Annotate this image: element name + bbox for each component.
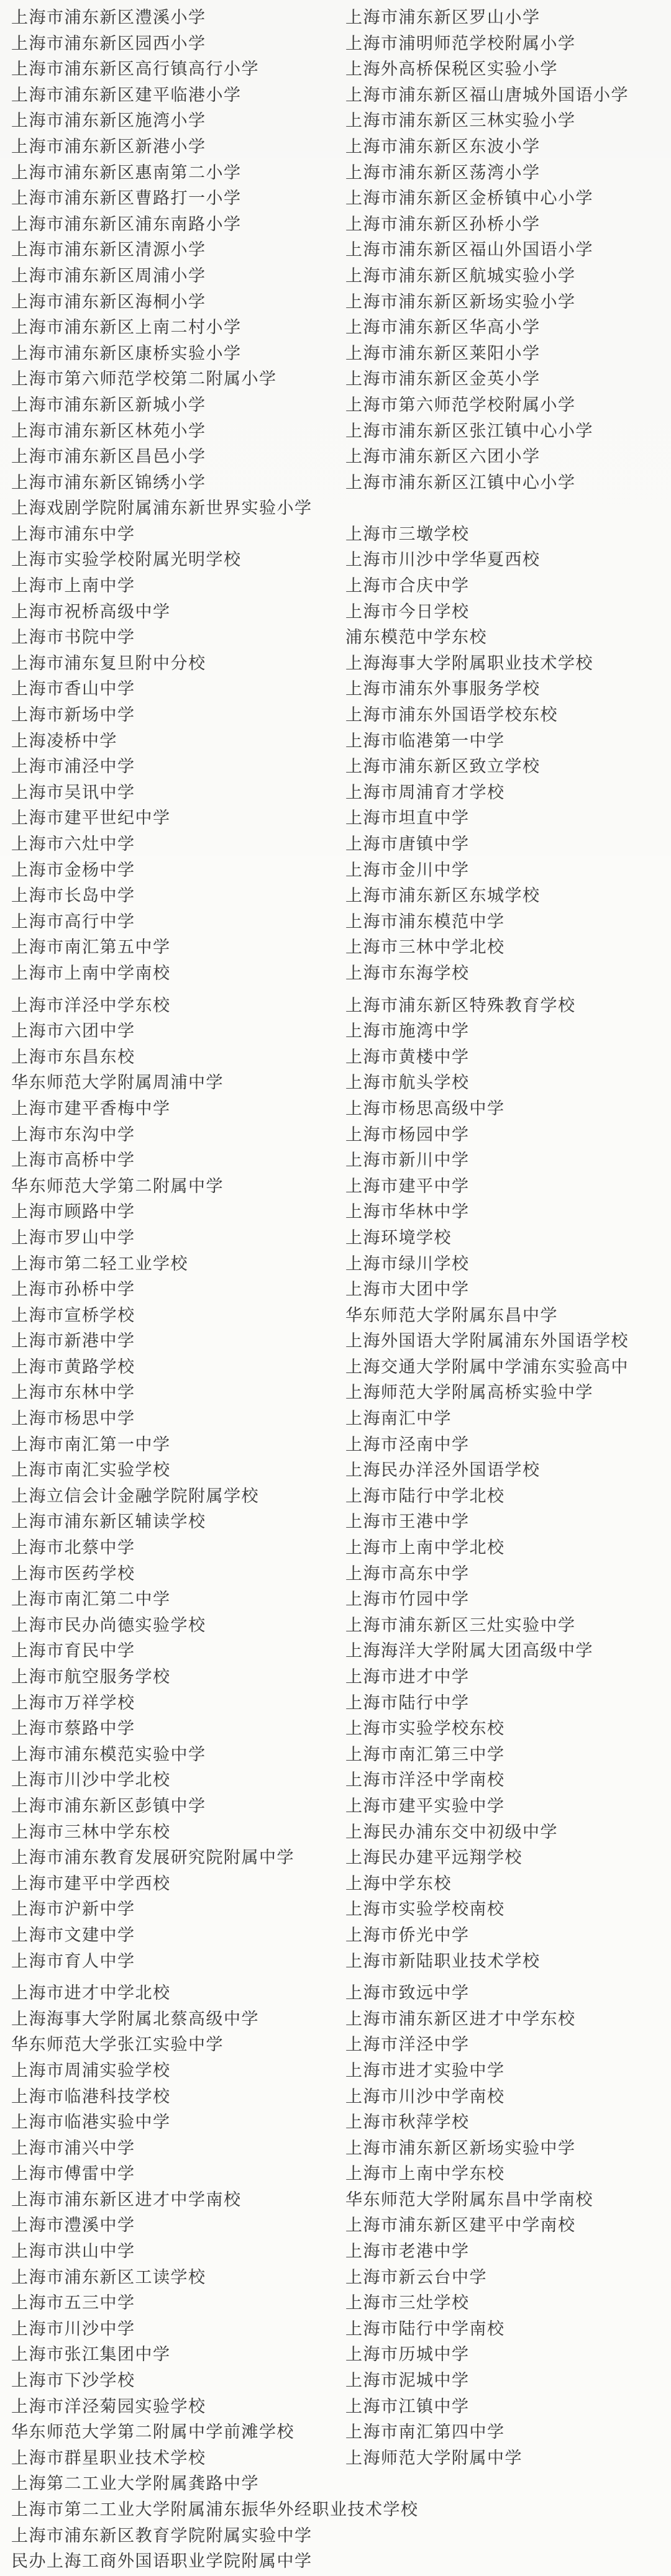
school-name: 上海市东海学校 [345, 961, 671, 987]
school-name: 上海市浦东外国语学校东校 [345, 702, 671, 728]
school-name: 上海师范大学附属高桥实验中学 [345, 1380, 671, 1406]
school-name: 上海市浦东新区孙桥小学 [345, 212, 671, 238]
school-name: 上海市香山中学 [11, 676, 340, 702]
school-name: 上海市长岛中学 [11, 883, 340, 909]
school-name: 上海市唐镇中学 [345, 832, 671, 858]
school-name: 上海市浦东新区工读学校 [11, 2265, 340, 2291]
school-name: 上海第二工业大学附属龚路中学 [11, 2471, 340, 2497]
school-name: 上海市浦东新区施湾小学 [11, 108, 340, 134]
school-name: 上海市浦东新区清源小学 [11, 237, 340, 263]
school-name: 上海市东沟中学 [11, 1122, 340, 1148]
school-name: 上海市沪新中学 [11, 1897, 340, 1923]
school-name: 上海市今日学校 [345, 599, 671, 625]
school-name: 上海市蔡路中学 [11, 1716, 340, 1742]
school-name: 上海市南汇第五中学 [11, 935, 340, 961]
school-name: 上海市浦东新区林苑小学 [11, 419, 340, 445]
school-name: 上海市高东中学 [345, 1561, 671, 1587]
school-name: 上海市南汇第三中学 [345, 1742, 671, 1768]
school-name: 上海市进才中学北校 [11, 1980, 340, 2007]
school-name: 上海市浦东新区荡湾小学 [345, 160, 671, 186]
school-name: 上海市建平实验中学 [345, 1794, 671, 1820]
school-name: 上海市浦东新区园西小学 [11, 31, 340, 57]
school-name: 上海市祝桥高级中学 [11, 599, 340, 625]
school-name: 上海市浦东新区建平临港小学 [11, 83, 340, 109]
school-name: 民办上海工商外国语职业学院附属中学 [11, 2549, 340, 2575]
school-name: 上海市陆行中学 [345, 1690, 671, 1717]
school-name: 上海市竹园中学 [345, 1587, 671, 1613]
school-name: 上海市浦东新区东城学校 [345, 883, 671, 909]
school-name: 上海市浦东新区罗山小学 [345, 5, 671, 31]
school-name: 上海市高行中学 [11, 909, 340, 935]
school-name: 上海南汇中学 [345, 1406, 671, 1432]
school-name: 上海市建平世纪中学 [11, 805, 340, 832]
school-name: 上海市浦东模范实验中学 [11, 1742, 340, 1768]
school-name: 上海市历城中学 [345, 2342, 671, 2368]
school-list-column-left: 上海市浦东新区澧溪小学上海市浦东新区园西小学上海市浦东新区高行镇高行小学上海市浦… [11, 5, 340, 2575]
school-name: 上海市三墩学校 [345, 522, 671, 548]
school-name: 上海市建平香梅中学 [11, 1096, 340, 1122]
school-name: 上海市新场中学 [11, 702, 340, 728]
school-name: 上海市浦东教育发展研究院附属中学 [11, 1845, 340, 1871]
school-name: 上海市高桥中学 [11, 1148, 340, 1174]
school-name: 上海市浦东新区福山外国语小学 [345, 237, 671, 263]
school-name: 上海市浦明师范学校附属小学 [345, 31, 671, 57]
school-name: 上海市三林中学北校 [345, 935, 671, 961]
school-name: 上海市浦东新区昌邑小学 [11, 444, 340, 470]
school-name: 上海市六灶中学 [11, 832, 340, 858]
school-name: 上海市傅雷中学 [11, 2161, 340, 2187]
school-name: 上海市杨思中学 [11, 1406, 340, 1432]
school-name: 上海市实验学校南校 [345, 1897, 671, 1923]
school-name: 上海市北蔡中学 [11, 1535, 340, 1561]
school-name: 上海市三灶学校 [345, 2290, 671, 2316]
school-name: 上海市东昌东校 [11, 1045, 340, 1071]
school-name: 上海海洋大学附属大团高级中学 [345, 1638, 671, 1664]
school-name: 上海市南汇实验学校 [11, 1458, 340, 1484]
school-name: 上海师范大学附属中学 [345, 2446, 671, 2472]
school-name: 上海市实验学校附属光明学校 [11, 547, 340, 573]
school-name: 上海市进才实验中学 [345, 2058, 671, 2084]
school-name: 上海市洋泾菊园实验学校 [11, 2394, 340, 2420]
school-name: 上海市坦直中学 [345, 805, 671, 832]
school-name: 上海市浦东新区张江镇中心小学 [345, 419, 671, 445]
school-name: 上海市绿川学校 [345, 1251, 671, 1277]
school-name: 上海市浦东新区航城实验小学 [345, 263, 671, 289]
school-name: 上海市浦东新区上南二村小学 [11, 315, 340, 341]
school-name: 上海市建平中学 [345, 1174, 671, 1200]
school-name: 上海戏剧学院附属浦东新世界实验小学 [11, 496, 340, 522]
school-name: 上海市浦兴中学 [11, 2136, 340, 2162]
school-name: 上海市浦东新区教育学院附属实验中学 [11, 2523, 340, 2549]
school-list-column-right: 上海市浦东新区罗山小学上海市浦明师范学校附属小学上海外高桥保税区实验小学上海市浦… [345, 5, 671, 2471]
school-name: 上海市浦东新区澧溪小学 [11, 5, 340, 31]
school-name: 上海市大团中学 [345, 1277, 671, 1303]
school-name: 上海市浦东新区新场实验中学 [345, 2136, 671, 2162]
school-name: 上海环境学校 [345, 1225, 671, 1251]
school-name: 上海市新陆职业技术学校 [345, 1949, 671, 1975]
school-name: 上海市浦东新区江镇中心小学 [345, 470, 671, 496]
school-name: 上海市浦东新区东波小学 [345, 134, 671, 160]
school-name: 上海民办建平远翔学校 [345, 1845, 671, 1871]
school-name: 上海市上南中学北校 [345, 1535, 671, 1561]
school-name: 上海中学东校 [345, 1871, 671, 1897]
school-name: 上海市洋泾中学南校 [345, 1767, 671, 1794]
school-name: 上海市浦东新区高行镇高行小学 [11, 57, 340, 83]
school-name: 上海市万祥学校 [11, 1690, 340, 1717]
school-name: 上海市洋泾中学 [345, 2032, 671, 2058]
school-name: 上海市南汇第四中学 [345, 2420, 671, 2446]
school-name: 上海市泥城中学 [345, 2368, 671, 2394]
school-name: 上海市三林中学东校 [11, 1820, 340, 1846]
school-name: 上海市浦东复旦附中分校 [11, 651, 340, 677]
school-name: 上海市下沙学校 [11, 2368, 340, 2394]
school-name: 上海市浦东新区进才中学东校 [345, 2007, 671, 2033]
school-name: 华东师范大学附属周浦中学 [11, 1070, 340, 1096]
school-name: 上海市东林中学 [11, 1380, 340, 1406]
school-name: 上海市新云台中学 [345, 2265, 671, 2291]
scanned-document-page: 上海市浦东新区澧溪小学上海市浦东新区园西小学上海市浦东新区高行镇高行小学上海市浦… [0, 0, 671, 2576]
school-name: 上海市侨光中学 [345, 1923, 671, 1949]
school-name: 上海市医药学校 [11, 1561, 340, 1587]
school-name: 上海市施湾中学 [345, 1018, 671, 1045]
school-name: 上海市上南中学南校 [11, 961, 340, 987]
school-name: 上海市浦东新区三灶实验中学 [345, 1613, 671, 1639]
school-name: 上海市书院中学 [11, 625, 340, 651]
school-name: 上海市实验学校东校 [345, 1716, 671, 1742]
school-name: 上海市临港实验中学 [11, 2110, 340, 2136]
school-name: 上海市浦东新区惠南第二小学 [11, 160, 340, 186]
school-name: 上海市浦东中学 [11, 522, 340, 548]
school-name: 上海市黄楼中学 [345, 1045, 671, 1071]
school-name: 上海市临港科技学校 [11, 2084, 340, 2110]
school-name: 上海市南汇第二中学 [11, 1587, 340, 1613]
school-name: 上海市浦东新区三林实验小学 [345, 108, 671, 134]
school-name: 上海海事大学附属职业技术学校 [345, 651, 671, 677]
school-name: 上海市致远中学 [345, 1980, 671, 2007]
school-name: 上海市六团中学 [11, 1018, 340, 1045]
school-name: 上海市黄路学校 [11, 1354, 340, 1381]
school-name: 上海市浦东新区特殊教育学校 [345, 993, 671, 1019]
school-name: 上海市浦东新区金桥镇中心小学 [345, 186, 671, 212]
school-name: 上海市澧溪中学 [11, 2213, 340, 2239]
school-name: 上海市华林中学 [345, 1199, 671, 1225]
school-name: 上海市陆行中学北校 [345, 1484, 671, 1510]
school-name: 上海市浦东新区彭镇中学 [11, 1794, 340, 1820]
school-name: 上海市浦东新区锦绣小学 [11, 470, 340, 496]
school-name: 上海市浦东新区进才中学南校 [11, 2187, 340, 2213]
school-name: 上海民办浦东交中初级中学 [345, 1820, 671, 1846]
school-name: 上海市南汇第一中学 [11, 1432, 340, 1458]
school-name: 上海市航头学校 [345, 1070, 671, 1096]
school-name: 上海市浦东外事服务学校 [345, 676, 671, 702]
school-name: 华东师范大学张江实验中学 [11, 2032, 340, 2058]
school-name: 上海市浦东新区曹路打一小学 [11, 186, 340, 212]
school-name: 上海市杨思高级中学 [345, 1096, 671, 1122]
school-name: 上海外国语大学附属浦东外国语学校 [345, 1328, 671, 1354]
school-name: 上海市杨园中学 [345, 1122, 671, 1148]
school-name: 上海市江镇中学 [345, 2394, 671, 2420]
school-name: 上海市临港第一中学 [345, 728, 671, 755]
school-name: 上海市浦东新区辅读学校 [11, 1509, 340, 1535]
school-name: 浦东模范中学东校 [345, 625, 671, 651]
school-name: 上海市陆行中学南校 [345, 2316, 671, 2342]
school-name: 上海凌桥中学 [11, 728, 340, 755]
school-name: 上海市川沙中学北校 [11, 1767, 340, 1794]
school-name: 上海市民办尚德实验学校 [11, 1613, 340, 1639]
school-name: 上海市合庆中学 [345, 573, 671, 599]
school-name: 上海市浦东新区浦东南路小学 [11, 212, 340, 238]
school-name: 上海市浦东新区康桥实验小学 [11, 341, 340, 367]
school-name: 上海市川沙中学华夏西校 [345, 547, 671, 573]
school-name: 上海市育民中学 [11, 1638, 340, 1664]
school-name: 上海市航空服务学校 [11, 1664, 340, 1690]
school-name: 上海市浦东新区周浦小学 [11, 263, 340, 289]
school-name: 上海市吴讯中学 [11, 780, 340, 806]
school-name: 上海市浦东新区福山唐城外国语小学 [345, 83, 671, 109]
school-name: 上海市宣桥学校 [11, 1303, 340, 1329]
school-name: 上海市金杨中学 [11, 858, 340, 884]
school-name: 华东师范大学附属东昌中学南校 [345, 2187, 671, 2213]
school-name: 上海市第六师范学校第二附属小学 [11, 366, 340, 392]
school-name: 上海市王港中学 [345, 1509, 671, 1535]
school-name: 上海市孙桥中学 [11, 1277, 340, 1303]
school-name: 上海市上南中学东校 [345, 2161, 671, 2187]
school-name: 上海市第二工业大学附属浦东振华外经职业技术学校 [11, 2497, 340, 2523]
school-name: 上海市新港中学 [11, 1328, 340, 1354]
school-name: 上海市浦东新区致立学校 [345, 754, 671, 780]
school-name: 上海市老港中学 [345, 2239, 671, 2265]
school-name: 上海外高桥保税区实验小学 [345, 57, 671, 83]
school-name: 上海市上南中学 [11, 573, 340, 599]
school-name: 上海市川沙中学 [11, 2316, 340, 2342]
school-name: 上海市五三中学 [11, 2290, 340, 2316]
school-name: 上海市洪山中学 [11, 2239, 340, 2265]
school-name: 华东师范大学第二附属中学 [11, 1174, 340, 1200]
school-name: 上海市建平中学西校 [11, 1871, 340, 1897]
school-name: 上海市浦东新区新场实验小学 [345, 289, 671, 315]
school-name: 上海市张江集团中学 [11, 2342, 340, 2368]
school-name: 上海市周浦育才学校 [345, 780, 671, 806]
school-name: 上海市泾南中学 [345, 1432, 671, 1458]
school-name: 上海市浦东新区新港小学 [11, 134, 340, 160]
school-name: 上海市秋萍学校 [345, 2110, 671, 2136]
school-name: 上海市育人中学 [11, 1949, 340, 1975]
school-name: 上海市金川中学 [345, 858, 671, 884]
school-name: 上海市浦东模范中学 [345, 909, 671, 935]
school-name: 上海市浦东新区海桐小学 [11, 289, 340, 315]
school-name: 上海市罗山中学 [11, 1225, 340, 1251]
school-name: 上海市浦泾中学 [11, 754, 340, 780]
school-name: 华东师范大学第二附属中学前滩学校 [11, 2420, 340, 2446]
school-name: 上海市浦东新区新城小学 [11, 392, 340, 419]
school-name: 上海市川沙中学南校 [345, 2084, 671, 2110]
school-name: 上海立信会计金融学院附属学校 [11, 1484, 340, 1510]
school-name: 上海市浦东新区六团小学 [345, 444, 671, 470]
school-name: 上海市浦东新区建平中学南校 [345, 2213, 671, 2239]
school-name: 上海市第二轻工业学校 [11, 1251, 340, 1277]
school-name: 上海市浦东新区华高小学 [345, 315, 671, 341]
school-name: 上海市第六师范学校附属小学 [345, 392, 671, 419]
school-name: 上海交通大学附属中学浦东实验高中 [345, 1354, 671, 1381]
school-name: 华东师范大学附属东昌中学 [345, 1303, 671, 1329]
school-name: 上海市洋泾中学东校 [11, 993, 340, 1019]
school-name: 上海市周浦实验学校 [11, 2058, 340, 2084]
school-name: 上海市顾路中学 [11, 1199, 340, 1225]
school-name: 上海市浦东新区金英小学 [345, 366, 671, 392]
school-name: 上海市文建中学 [11, 1923, 340, 1949]
school-name: 上海市进才中学 [345, 1664, 671, 1690]
school-name: 上海民办洋泾外国语学校 [345, 1458, 671, 1484]
school-name: 上海海事大学附属北蔡高级中学 [11, 2007, 340, 2033]
school-name: 上海市浦东新区莱阳小学 [345, 341, 671, 367]
school-name: 上海市新川中学 [345, 1148, 671, 1174]
school-name: 上海市群星职业技术学校 [11, 2446, 340, 2472]
